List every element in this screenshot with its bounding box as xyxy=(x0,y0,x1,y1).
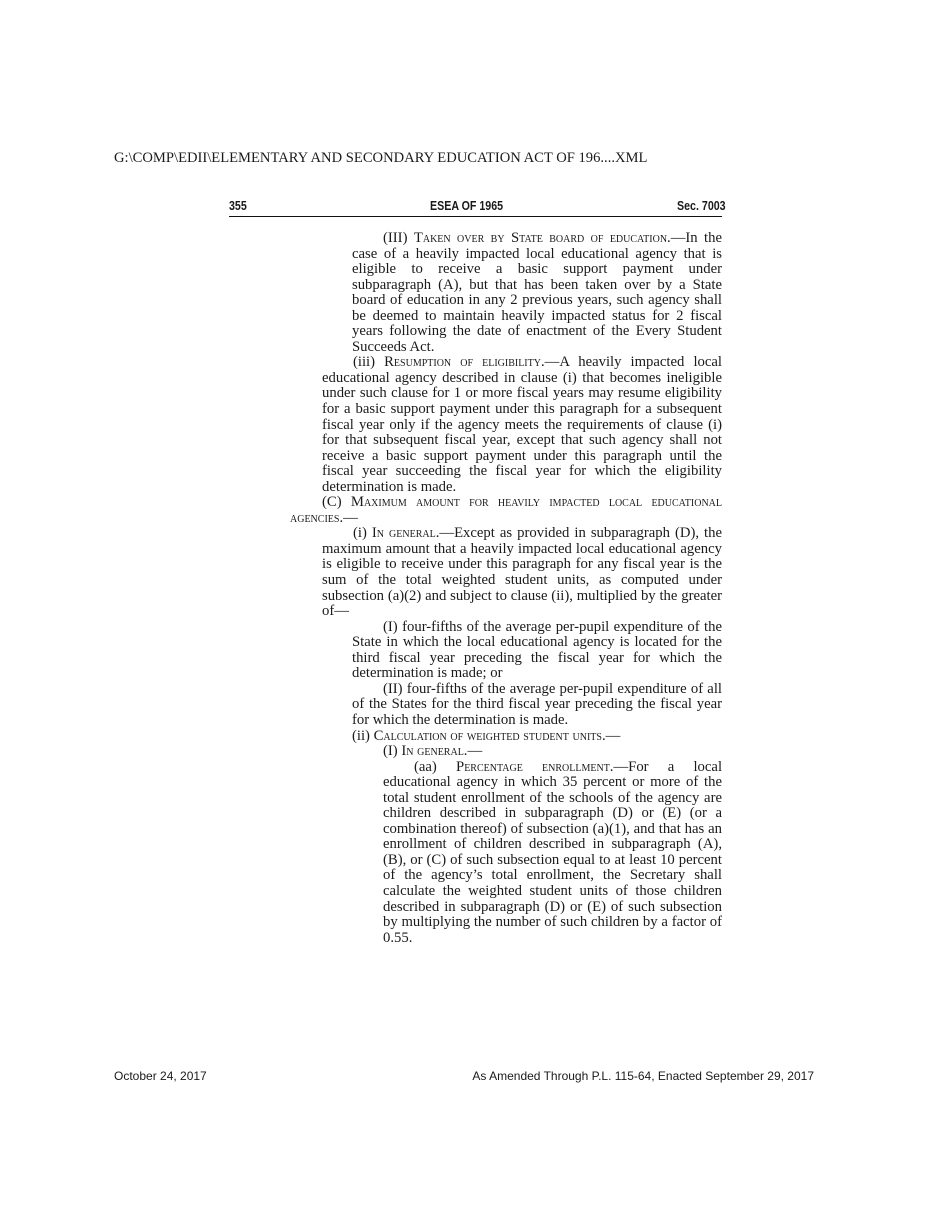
running-title: ESEA OF 1965 xyxy=(430,198,503,213)
designation: (aa) xyxy=(414,759,437,775)
heading: In general.— xyxy=(372,525,454,541)
footer-date: October 24, 2017 xyxy=(114,1069,207,1083)
paragraph-III-taken-over: (III) Taken over by State board of educa… xyxy=(290,231,722,355)
heading: Calculation of weighted student units.— xyxy=(374,728,621,744)
paragraph-iii-resumption: (iii) Resumption of eligibility.—A heavi… xyxy=(290,355,722,495)
paragraph-aa-percentage: (aa) Percentage enrollment.—For a local … xyxy=(290,760,722,947)
designation: (ii) xyxy=(352,728,370,744)
page-number: 355 xyxy=(229,198,247,213)
heading: Percentage enrollment.— xyxy=(456,759,628,775)
file-path: G:\COMP\EDII\ELEMENTARY AND SECONDARY ED… xyxy=(114,150,647,167)
paragraph-ii-calculation: (ii) Calculation of weighted student uni… xyxy=(290,729,722,745)
section-number: Sec. 7003 xyxy=(677,198,726,213)
designation: (iii) xyxy=(353,354,375,370)
text: For a local educational agency in which … xyxy=(383,759,722,946)
designation: (I) xyxy=(383,619,398,635)
designation: (I) xyxy=(383,743,398,759)
heading: Resumption of eligibility.— xyxy=(384,354,559,370)
text: four-fifths of the average per-pupil exp… xyxy=(352,681,722,728)
designation: (II) xyxy=(383,681,403,697)
statute-body: (III) Taken over by State board of educa… xyxy=(290,231,722,946)
text: A heavily impacted local educational age… xyxy=(322,354,722,494)
paragraph-I-in-general: (I) In general.— xyxy=(290,744,722,760)
paragraph-i-in-general: (i) In general.—Except as provided in su… xyxy=(290,526,722,619)
heading: Taken over by State board of education.— xyxy=(414,230,686,246)
footer-amended: As Amended Through P.L. 115-64, Enacted … xyxy=(472,1069,814,1083)
paragraph-C-maximum-amount: (C) Maximum amount for heavily impacted … xyxy=(290,495,722,526)
heading: Maximum amount for heavily impacted loca… xyxy=(290,494,722,526)
text: four-fifths of the average per-pupil exp… xyxy=(352,619,722,682)
designation: (i) xyxy=(353,525,367,541)
heading: In general.— xyxy=(401,743,482,759)
designation: (C) xyxy=(322,494,342,510)
text: In the case of a heavily impacted local … xyxy=(352,230,722,355)
running-head: 355 ESEA OF 1965 Sec. 7003 xyxy=(229,198,722,217)
designation: (III) xyxy=(383,230,407,246)
paragraph-II-four-fifths-all: (II) four-fifths of the average per-pupi… xyxy=(290,682,722,729)
paragraph-I-four-fifths-state: (I) four-fifths of the average per-pupil… xyxy=(290,620,722,682)
